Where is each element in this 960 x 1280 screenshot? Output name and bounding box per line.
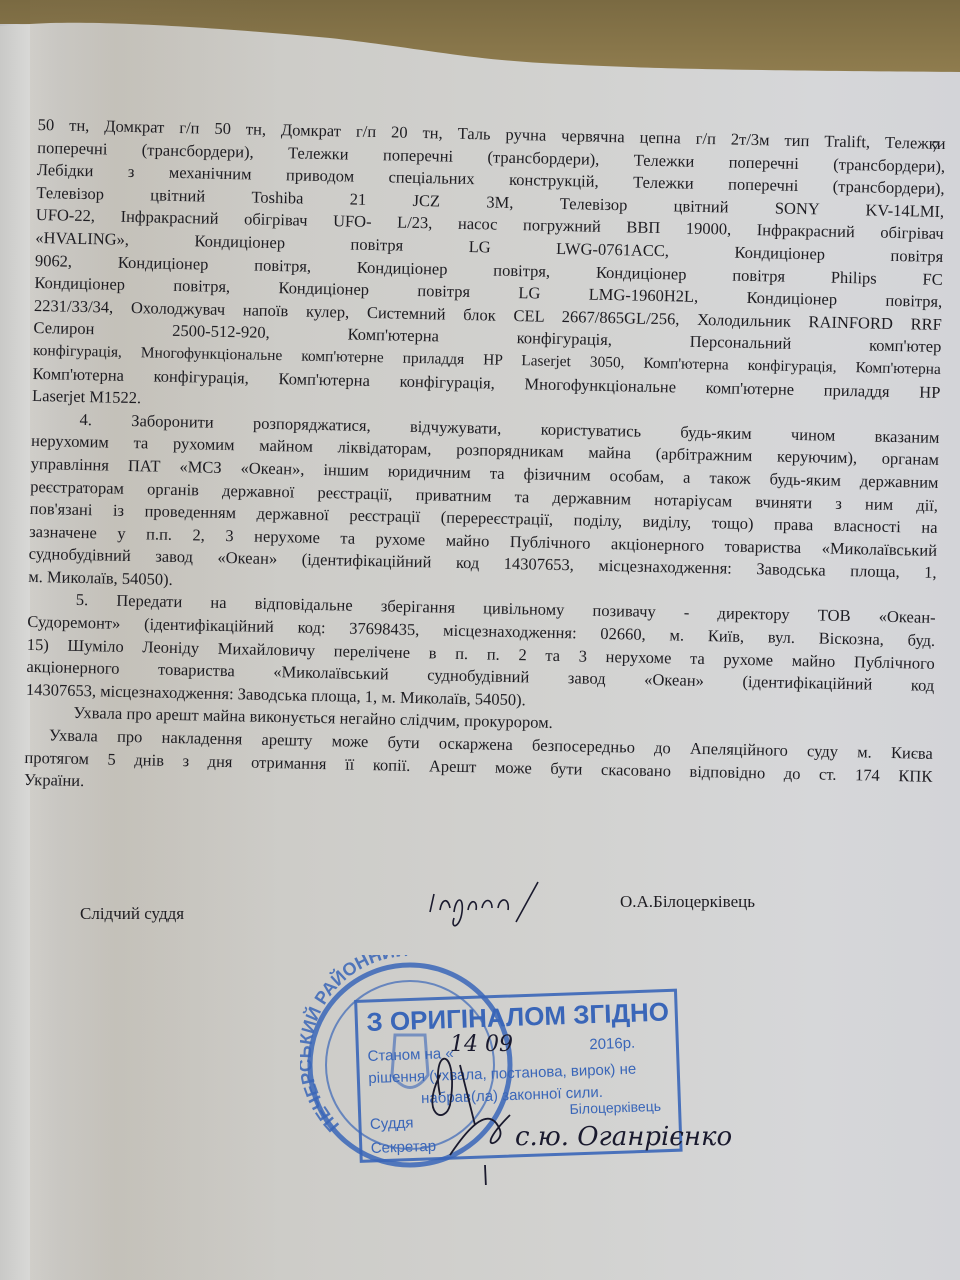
document-body: 7 50 тн, Домкрат г/п 50 тн, Домкрат г/п …	[24, 114, 946, 811]
svg-text:с.ю. Оганрієнко: с.ю. Оганрієнко	[515, 1122, 732, 1152]
equipment-list-paragraph: 50 тн, Домкрат г/п 50 тн, Домкрат г/п 20…	[32, 114, 946, 427]
handwritten-signature-icon	[420, 872, 560, 932]
paragraph-4: 4. Заборонити розпоряджатися, відчужуват…	[28, 408, 940, 608]
svg-text:З ОРИГІНАЛОМ ЗГІДНО: З ОРИГІНАЛОМ ЗГІДНО	[366, 996, 670, 1037]
judge-title: Слідчий суддя	[80, 904, 184, 924]
court-stamp: ПЕЧЕРСЬКИЙ РАЙОННИЙ З ОРИГІНАЛОМ ЗГІДНО …	[300, 955, 740, 1185]
svg-text:14 09: 14 09	[450, 1032, 513, 1057]
page-number: 7	[931, 137, 939, 160]
svg-text:Суддя: Суддя	[370, 1114, 414, 1133]
svg-text:рішення (ухвала, постанова, ви: рішення (ухвала, постанова, вирок) не	[368, 1061, 636, 1087]
paragraph-5: 5. Передати на відповідальне зберігання …	[26, 588, 936, 720]
judge-name: О.А.Білоцерківець	[620, 892, 755, 912]
svg-text:2016р.: 2016р.	[589, 1035, 635, 1054]
svg-text:Секретар: Секретар	[371, 1138, 437, 1157]
stamp-seal-icon: ПЕЧЕРСЬКИЙ РАЙОННИЙ З ОРИГІНАЛОМ ЗГІДНО …	[300, 955, 740, 1185]
signature-block: Слідчий суддя О.А.Білоцерківець	[80, 880, 880, 940]
svg-text:Білоцерківець: Білоцерківець	[569, 1098, 661, 1117]
